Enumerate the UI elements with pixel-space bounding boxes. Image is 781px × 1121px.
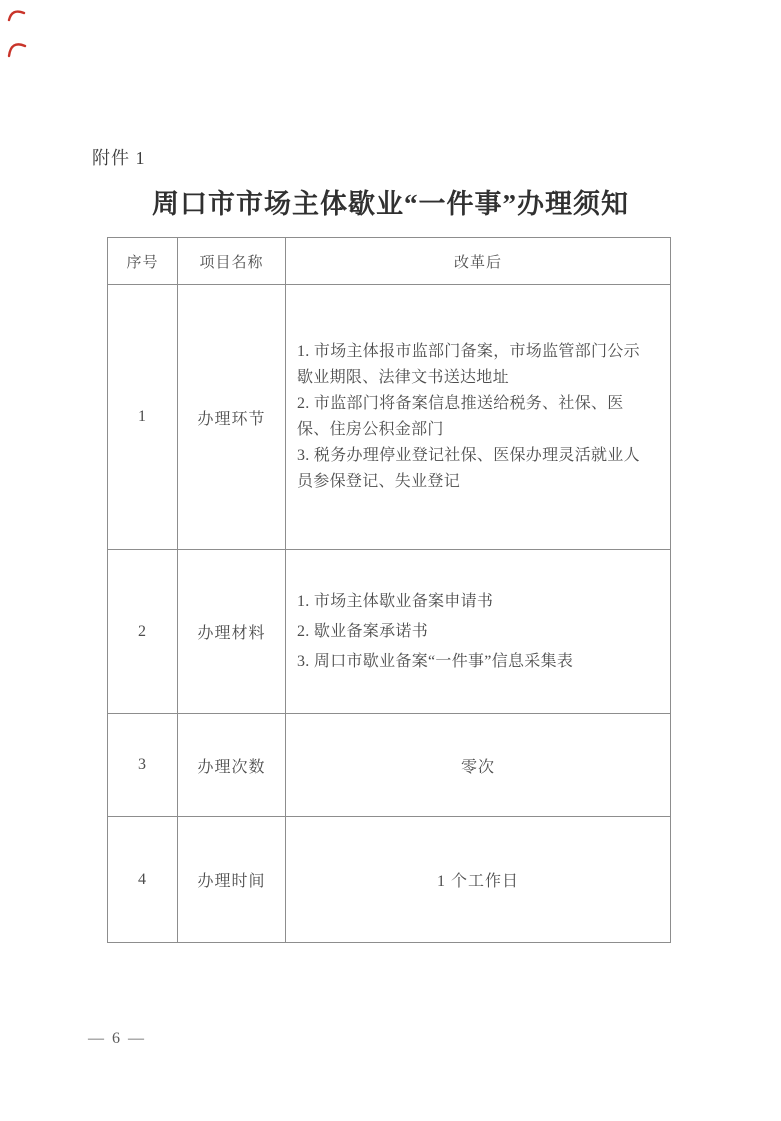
attachment-label: 附件 1 [92,144,146,170]
table-row: 1 办理环节 1. 市场主体报市监部门备案，市场监管部门公示歇业期限、法律文书送… [108,285,671,550]
row-project-name: 办理时间 [178,817,286,943]
row-detail-cell: 1 个工作日 [286,817,671,943]
page-number: — 6 — [88,1030,146,1048]
detail-line: 3. 税务办理停业登记社保、医保办理灵活就业人员参保登记、失业登记 [297,443,656,495]
table-row: 2 办理材料 1. 市场主体歇业备案申请书 2. 歇业备案承诺书 3. 周口市歇… [108,550,671,714]
column-header-after-reform: 改革后 [286,238,671,285]
table-row: 4 办理时间 1 个工作日 [108,817,671,943]
column-header-seq: 序号 [108,238,178,285]
row-project-name: 办理次数 [178,714,286,817]
column-header-project-name: 项目名称 [178,238,286,285]
detail-line: 2. 市监部门将备案信息推送给税务、社保、医保、住房公积金部门 [297,391,656,443]
detail-line: 1. 市场主体歇业备案申请书 [297,587,656,617]
row-detail-cell: 1. 市场主体歇业备案申请书 2. 歇业备案承诺书 3. 周口市歇业备案“一件事… [286,550,671,714]
row-seq: 1 [108,285,178,550]
row-detail-cell: 1. 市场主体报市监部门备案，市场监管部门公示歇业期限、法律文书送达地址 2. … [286,285,671,550]
table-row: 3 办理次数 零次 [108,714,671,817]
detail-line: 1. 市场主体报市监部门备案，市场监管部门公示歇业期限、法律文书送达地址 [297,339,656,391]
row-seq: 3 [108,714,178,817]
row-detail-cell: 零次 [286,714,671,817]
table-header-row: 序号 项目名称 改革后 [108,238,671,285]
notice-table: 序号 项目名称 改革后 1 办理环节 1. 市场主体报市监部门备案，市场监管部门… [107,237,671,943]
page-title: 周口市市场主体歇业“一件事”办理须知 [0,182,781,221]
detail-line: 3. 周口市歇业备案“一件事”信息采集表 [297,647,656,677]
red-pen-marks-icon [4,4,36,66]
row-project-name: 办理环节 [178,285,286,550]
row-seq: 2 [108,550,178,714]
detail-line: 2. 歇业备案承诺书 [297,617,656,647]
row-seq: 4 [108,817,178,943]
row-project-name: 办理材料 [178,550,286,714]
document-page: 附件 1 周口市市场主体歇业“一件事”办理须知 序号 项目名称 改革后 1 办理… [0,0,781,1121]
